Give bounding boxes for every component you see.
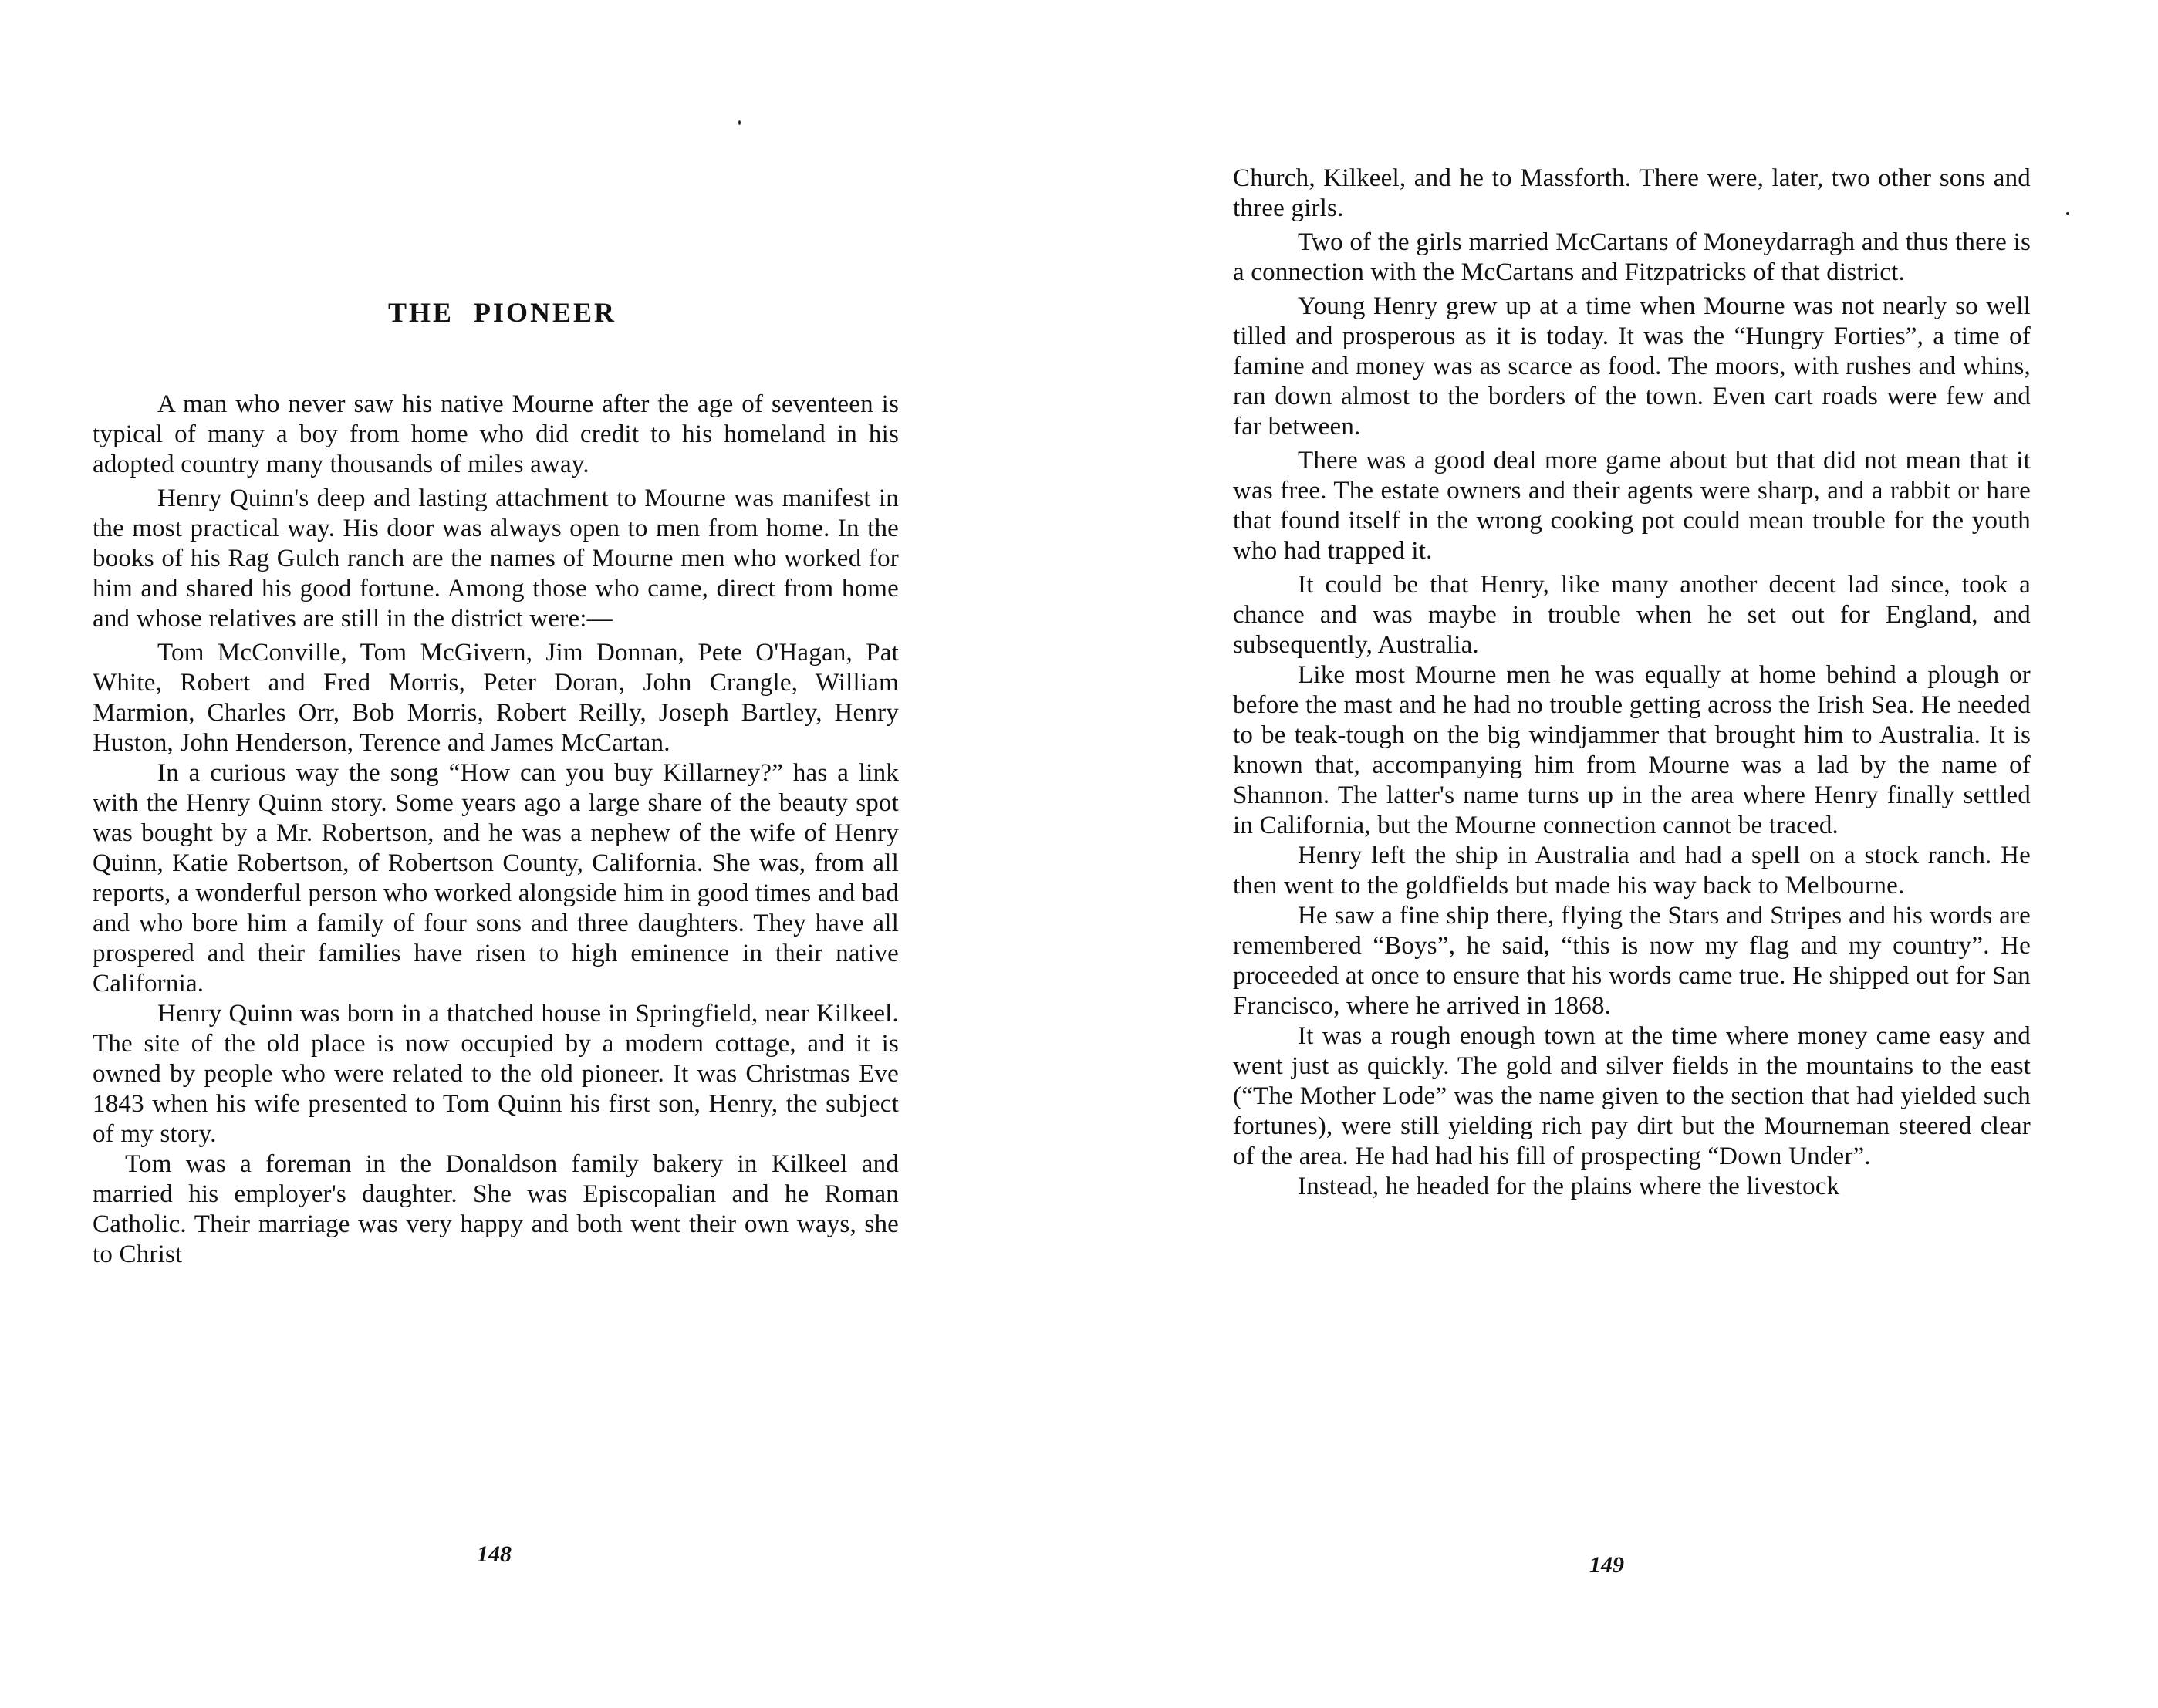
name-list-paragraph: Tom McConville, Tom McGivern, Jim Donnan… <box>93 638 899 758</box>
right-page: Church, Kilkeel, and he to Massforth. Th… <box>1079 0 2158 1708</box>
paragraph: Henry Quinn's deep and lasting attachmen… <box>93 484 899 634</box>
scan-speck <box>2066 212 2069 215</box>
paragraph: In a curious way the song “How can you b… <box>93 758 899 999</box>
paragraph: It was a rough enough town at the time w… <box>1233 1021 2031 1172</box>
paragraph: Henry left the ship in Australia and had… <box>1233 841 2031 901</box>
paragraph: There was a good deal more game about bu… <box>1233 446 2031 566</box>
paragraph: Henry Quinn was born in a thatched house… <box>93 999 899 1149</box>
chapter-title: THE PIONEER <box>383 296 622 329</box>
paragraph: A man who never saw his native Mourne af… <box>93 390 899 480</box>
paragraph: It could be that Henry, like many anothe… <box>1233 570 2031 660</box>
scan-speck <box>738 120 741 125</box>
paragraph: Like most Mourne men he was equally at h… <box>1233 660 2031 841</box>
paragraph: Two of the girls married McCartans of Mo… <box>1233 228 2031 288</box>
left-page: THE PIONEER A man who never saw his nati… <box>0 0 1079 1708</box>
paragraph: Instead, he headed for the plains where … <box>1233 1172 2031 1202</box>
paragraph: He saw a fine ship there, flying the Sta… <box>1233 901 2031 1021</box>
page-number: 148 <box>477 1541 512 1568</box>
continued-paragraph: Church, Kilkeel, and he to Massforth. Th… <box>1233 164 2031 224</box>
page-number: 149 <box>1589 1552 1624 1578</box>
left-body-text: A man who never saw his native Mourne af… <box>93 390 899 1270</box>
paragraph: Young Henry grew up at a time when Mourn… <box>1233 292 2031 442</box>
paragraph: Tom was a foreman in the Donaldson famil… <box>93 1149 899 1270</box>
right-body-text: Church, Kilkeel, and he to Massforth. Th… <box>1233 164 2031 1202</box>
